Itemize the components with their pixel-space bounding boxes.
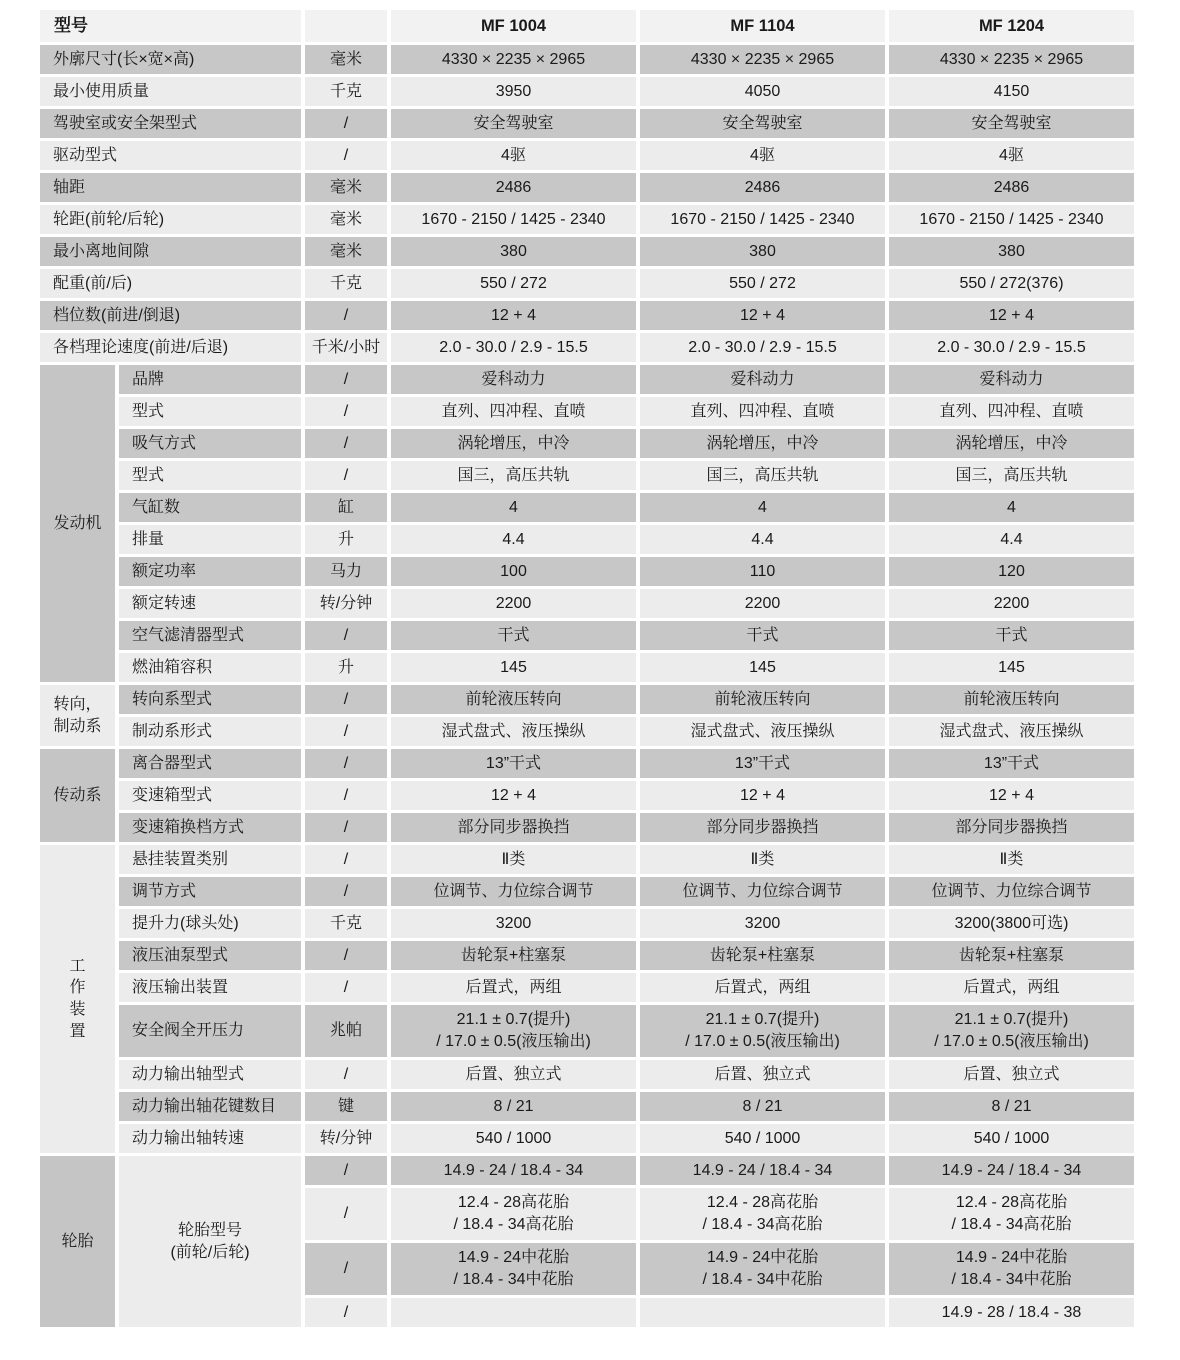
value-cell: 后置式，两组 <box>391 973 636 1002</box>
unit-cell: / <box>305 1060 387 1089</box>
spec-label-cell: 最小使用质量 <box>40 77 301 106</box>
table-row: 制动系形式/湿式盘式、液压操纵湿式盘式、液压操纵湿式盘式、液压操纵 <box>40 717 1134 746</box>
value-cell: 21.1 ± 0.7(提升) / 17.0 ± 0.5(液压输出) <box>640 1005 885 1057</box>
unit-cell: 兆帕 <box>305 1005 387 1057</box>
value-cell: 安全驾驶室 <box>640 109 885 138</box>
header-row: 型号 MF 1004 MF 1104 MF 1204 <box>40 10 1134 42</box>
value-cell: 8 / 21 <box>391 1092 636 1121</box>
value-cell: 4150 <box>889 77 1134 106</box>
value-cell: 前轮液压转向 <box>889 685 1134 714</box>
model-header-1: MF 1004 <box>391 10 636 42</box>
spec-table-body: 外廓尺寸(长×宽×高)毫米4330 × 2235 × 29654330 × 22… <box>40 45 1134 1327</box>
spec-label-cell: 额定功率 <box>119 557 301 586</box>
unit-cell: / <box>305 845 387 874</box>
value-cell: 380 <box>391 237 636 266</box>
value-cell: 4驱 <box>640 141 885 170</box>
value-cell: 2200 <box>640 589 885 618</box>
value-cell: 145 <box>640 653 885 682</box>
spec-label-cell: 各档理论速度(前进/后退) <box>40 333 301 362</box>
value-cell: 12 + 4 <box>391 301 636 330</box>
unit-cell: 毫米 <box>305 173 387 202</box>
table-row: 驱动型式/4驱4驱4驱 <box>40 141 1134 170</box>
value-cell: 2486 <box>640 173 885 202</box>
value-cell: 380 <box>640 237 885 266</box>
value-cell: 安全驾驶室 <box>889 109 1134 138</box>
value-cell: 2486 <box>889 173 1134 202</box>
unit-cell: 毫米 <box>305 237 387 266</box>
value-cell: 2200 <box>391 589 636 618</box>
value-cell: 14.9 - 24中花胎 / 18.4 - 34中花胎 <box>640 1243 885 1295</box>
value-cell: 湿式盘式、液压操纵 <box>889 717 1134 746</box>
unit-cell: / <box>305 685 387 714</box>
spec-label-cell: 动力输出轴花键数目 <box>119 1092 301 1121</box>
spec-label-cell: 排量 <box>119 525 301 554</box>
value-cell: 国三，高压共轨 <box>889 461 1134 490</box>
table-row: 变速箱型式/12 + 412 + 412 + 4 <box>40 781 1134 810</box>
value-cell: 145 <box>889 653 1134 682</box>
spec-label-cell: 轮距(前轮/后轮) <box>40 205 301 234</box>
spec-label-cell: 驱动型式 <box>40 141 301 170</box>
spec-label-cell: 外廓尺寸(长×宽×高) <box>40 45 301 74</box>
value-cell: 4330 × 2235 × 2965 <box>889 45 1134 74</box>
spec-label-cell: 变速箱换档方式 <box>119 813 301 842</box>
value-cell: 100 <box>391 557 636 586</box>
value-cell: 12.4 - 28高花胎 / 18.4 - 34高花胎 <box>391 1188 636 1240</box>
unit-cell: / <box>305 717 387 746</box>
table-row: 转向， 制动系转向系型式/前轮液压转向前轮液压转向前轮液压转向 <box>40 685 1134 714</box>
table-row: 气缸数缸444 <box>40 493 1134 522</box>
unit-cell: 升 <box>305 653 387 682</box>
value-cell: 12 + 4 <box>640 301 885 330</box>
table-row: 提升力(球头处)千克320032003200(3800可选) <box>40 909 1134 938</box>
spec-label-cell: 悬挂装置类别 <box>119 845 301 874</box>
table-row: 型式/国三，高压共轨国三，高压共轨国三，高压共轨 <box>40 461 1134 490</box>
unit-cell: 千克 <box>305 77 387 106</box>
value-cell: 直列、四冲程、直喷 <box>391 397 636 426</box>
value-cell: 4 <box>640 493 885 522</box>
unit-cell: / <box>305 301 387 330</box>
spec-label-cell: 品牌 <box>119 365 301 394</box>
unit-cell: / <box>305 397 387 426</box>
unit-cell: 升 <box>305 525 387 554</box>
group-cell: 轮胎 <box>40 1156 115 1327</box>
value-cell: 爱科动力 <box>391 365 636 394</box>
unit-cell: 转/分钟 <box>305 1124 387 1153</box>
value-cell: 110 <box>640 557 885 586</box>
value-cell: 国三，高压共轨 <box>391 461 636 490</box>
value-cell: Ⅱ类 <box>889 845 1134 874</box>
table-row: 型式/直列、四冲程、直喷直列、四冲程、直喷直列、四冲程、直喷 <box>40 397 1134 426</box>
value-cell: 位调节、力位综合调节 <box>889 877 1134 906</box>
table-row: 轮距(前轮/后轮)毫米1670 - 2150 / 1425 - 23401670… <box>40 205 1134 234</box>
table-row: 配重(前/后)千克550 / 272550 / 272550 / 272(376… <box>40 269 1134 298</box>
spec-label-cell: 轴距 <box>40 173 301 202</box>
value-cell: 1670 - 2150 / 1425 - 2340 <box>640 205 885 234</box>
value-cell: 2.0 - 30.0 / 2.9 - 15.5 <box>391 333 636 362</box>
spec-label-cell: 档位数(前进/倒退) <box>40 301 301 330</box>
value-cell: 干式 <box>640 621 885 650</box>
value-cell: 3200 <box>640 909 885 938</box>
value-cell: 位调节、力位综合调节 <box>391 877 636 906</box>
value-cell: 4 <box>889 493 1134 522</box>
spec-label-cell: 转向系型式 <box>119 685 301 714</box>
table-row: 液压输出装置/后置式，两组后置式，两组后置式，两组 <box>40 973 1134 1002</box>
value-cell: 4.4 <box>889 525 1134 554</box>
unit-cell: 毫米 <box>305 45 387 74</box>
table-row: 变速箱换档方式/部分同步器换挡部分同步器换挡部分同步器换挡 <box>40 813 1134 842</box>
table-row: 动力输出轴花键数目键8 / 218 / 218 / 21 <box>40 1092 1134 1121</box>
value-cell: 4.4 <box>391 525 636 554</box>
spec-label-cell: 气缸数 <box>119 493 301 522</box>
model-column-header: 型号 <box>40 10 301 42</box>
value-cell: 湿式盘式、液压操纵 <box>640 717 885 746</box>
value-cell: 部分同步器换挡 <box>889 813 1134 842</box>
spec-label-cell: 型式 <box>119 461 301 490</box>
value-cell: 干式 <box>391 621 636 650</box>
table-row: 轮胎轮胎型号 (前轮/后轮)/14.9 - 24 / 18.4 - 3414.9… <box>40 1156 1134 1185</box>
unit-cell: / <box>305 813 387 842</box>
value-cell: 550 / 272 <box>391 269 636 298</box>
spec-label-cell: 离合器型式 <box>119 749 301 778</box>
value-cell: 4 <box>391 493 636 522</box>
value-cell: 2.0 - 30.0 / 2.9 - 15.5 <box>640 333 885 362</box>
table-row: 动力输出轴转速转/分钟540 / 1000540 / 1000540 / 100… <box>40 1124 1134 1153</box>
value-cell <box>640 1298 885 1327</box>
value-cell: 2200 <box>889 589 1134 618</box>
value-cell: 后置、独立式 <box>391 1060 636 1089</box>
value-cell: 8 / 21 <box>640 1092 885 1121</box>
value-cell: 1670 - 2150 / 1425 - 2340 <box>391 205 636 234</box>
unit-cell: 转/分钟 <box>305 589 387 618</box>
table-row: 轴距毫米248624862486 <box>40 173 1134 202</box>
value-cell: 4.4 <box>640 525 885 554</box>
value-cell: 12 + 4 <box>889 781 1134 810</box>
value-cell: 直列、四冲程、直喷 <box>889 397 1134 426</box>
table-row: 空气滤清器型式/干式干式干式 <box>40 621 1134 650</box>
spec-label-cell: 型式 <box>119 397 301 426</box>
spec-sublabel-cell: 轮胎型号 (前轮/后轮) <box>119 1156 301 1327</box>
unit-cell: 千克 <box>305 909 387 938</box>
spec-label-cell: 液压油泵型式 <box>119 941 301 970</box>
value-cell: 3950 <box>391 77 636 106</box>
spec-label-cell: 配重(前/后) <box>40 269 301 298</box>
value-cell: 涡轮增压，中冷 <box>391 429 636 458</box>
spec-label-cell: 动力输出轴型式 <box>119 1060 301 1089</box>
group-cell: 传动系 <box>40 749 115 842</box>
value-cell: 后置、独立式 <box>640 1060 885 1089</box>
spec-label-cell: 动力输出轴转速 <box>119 1124 301 1153</box>
value-cell: 12 + 4 <box>889 301 1134 330</box>
spec-label-cell: 制动系形式 <box>119 717 301 746</box>
unit-cell: 毫米 <box>305 205 387 234</box>
value-cell: 12 + 4 <box>640 781 885 810</box>
value-cell: 4驱 <box>391 141 636 170</box>
value-cell: 后置式，两组 <box>640 973 885 1002</box>
unit-cell: / <box>305 429 387 458</box>
value-cell: 14.9 - 24中花胎 / 18.4 - 34中花胎 <box>889 1243 1134 1295</box>
spec-label-cell: 提升力(球头处) <box>119 909 301 938</box>
table-row: 吸气方式/涡轮增压，中冷涡轮增压，中冷涡轮增压，中冷 <box>40 429 1134 458</box>
table-row: 液压油泵型式/齿轮泵+柱塞泵齿轮泵+柱塞泵齿轮泵+柱塞泵 <box>40 941 1134 970</box>
unit-cell: 千米/小时 <box>305 333 387 362</box>
spec-label-cell: 液压输出装置 <box>119 973 301 1002</box>
unit-cell: / <box>305 461 387 490</box>
unit-cell: / <box>305 941 387 970</box>
value-cell: 14.9 - 24 / 18.4 - 34 <box>640 1156 885 1185</box>
value-cell: 部分同步器换挡 <box>640 813 885 842</box>
value-cell: 145 <box>391 653 636 682</box>
unit-column-header <box>305 10 387 42</box>
value-cell: 爱科动力 <box>889 365 1134 394</box>
spec-label-cell: 空气滤清器型式 <box>119 621 301 650</box>
value-cell: 550 / 272 <box>640 269 885 298</box>
value-cell: 湿式盘式、液压操纵 <box>391 717 636 746</box>
unit-cell: 缸 <box>305 493 387 522</box>
value-cell: 4330 × 2235 × 2965 <box>391 45 636 74</box>
value-cell: Ⅱ类 <box>391 845 636 874</box>
value-cell: Ⅱ类 <box>640 845 885 874</box>
value-cell: 14.9 - 24 / 18.4 - 34 <box>391 1156 636 1185</box>
value-cell: 540 / 1000 <box>889 1124 1134 1153</box>
value-cell: 13”干式 <box>640 749 885 778</box>
value-cell: 部分同步器换挡 <box>391 813 636 842</box>
spec-label-cell: 最小离地间隙 <box>40 237 301 266</box>
spec-sheet: 型号 MF 1004 MF 1104 MF 1204 外廓尺寸(长×宽×高)毫米… <box>0 0 1180 1360</box>
table-row: 传动系离合器型式/13”干式13”干式13”干式 <box>40 749 1134 778</box>
table-row: 燃油箱容积升145145145 <box>40 653 1134 682</box>
value-cell: 齿轮泵+柱塞泵 <box>640 941 885 970</box>
spec-label-cell: 变速箱型式 <box>119 781 301 810</box>
spec-label-cell: 燃油箱容积 <box>119 653 301 682</box>
group-cell: 发动机 <box>40 365 115 682</box>
unit-cell: / <box>305 1298 387 1327</box>
unit-cell: 键 <box>305 1092 387 1121</box>
unit-cell: / <box>305 365 387 394</box>
value-cell: 前轮液压转向 <box>391 685 636 714</box>
value-cell: 齿轮泵+柱塞泵 <box>889 941 1134 970</box>
table-row: 安全阀全开压力兆帕21.1 ± 0.7(提升) / 17.0 ± 0.5(液压输… <box>40 1005 1134 1057</box>
value-cell: 550 / 272(376) <box>889 269 1134 298</box>
spec-label-cell: 安全阀全开压力 <box>119 1005 301 1057</box>
value-cell: 380 <box>889 237 1134 266</box>
value-cell: 12 + 4 <box>391 781 636 810</box>
table-row: 发动机品牌/爱科动力爱科动力爱科动力 <box>40 365 1134 394</box>
model-header-3: MF 1204 <box>889 10 1134 42</box>
group-cell: 工 作 装 置 <box>40 845 115 1153</box>
table-row: 工 作 装 置悬挂装置类别/Ⅱ类Ⅱ类Ⅱ类 <box>40 845 1134 874</box>
value-cell: 3200 <box>391 909 636 938</box>
group-cell: 转向， 制动系 <box>40 685 115 746</box>
value-cell <box>391 1298 636 1327</box>
value-cell: 13”干式 <box>889 749 1134 778</box>
value-cell: 前轮液压转向 <box>640 685 885 714</box>
table-row: 额定转速转/分钟220022002200 <box>40 589 1134 618</box>
table-row: 最小使用质量千克395040504150 <box>40 77 1134 106</box>
spec-label-cell: 吸气方式 <box>119 429 301 458</box>
value-cell: 21.1 ± 0.7(提升) / 17.0 ± 0.5(液压输出) <box>889 1005 1134 1057</box>
table-row: 排量升4.44.44.4 <box>40 525 1134 554</box>
value-cell: 后置式，两组 <box>889 973 1134 1002</box>
unit-cell: / <box>305 109 387 138</box>
spec-label-cell: 驾驶室或安全架型式 <box>40 109 301 138</box>
table-row: 外廓尺寸(长×宽×高)毫米4330 × 2235 × 29654330 × 22… <box>40 45 1134 74</box>
unit-cell: / <box>305 973 387 1002</box>
table-row: 额定功率马力100110120 <box>40 557 1134 586</box>
unit-cell: 马力 <box>305 557 387 586</box>
value-cell: 干式 <box>889 621 1134 650</box>
table-row: 调节方式/位调节、力位综合调节位调节、力位综合调节位调节、力位综合调节 <box>40 877 1134 906</box>
unit-cell: 千克 <box>305 269 387 298</box>
unit-cell: / <box>305 621 387 650</box>
value-cell: 位调节、力位综合调节 <box>640 877 885 906</box>
value-cell: 4驱 <box>889 141 1134 170</box>
value-cell: 8 / 21 <box>889 1092 1134 1121</box>
table-row: 各档理论速度(前进/后退)千米/小时2.0 - 30.0 / 2.9 - 15.… <box>40 333 1134 362</box>
value-cell: 国三，高压共轨 <box>640 461 885 490</box>
unit-cell: / <box>305 749 387 778</box>
value-cell: 14.9 - 24中花胎 / 18.4 - 34中花胎 <box>391 1243 636 1295</box>
model-header-2: MF 1104 <box>640 10 885 42</box>
value-cell: 齿轮泵+柱塞泵 <box>391 941 636 970</box>
value-cell: 安全驾驶室 <box>391 109 636 138</box>
value-cell: 14.9 - 24 / 18.4 - 34 <box>889 1156 1134 1185</box>
value-cell: 涡轮增压，中冷 <box>889 429 1134 458</box>
value-cell: 2.0 - 30.0 / 2.9 - 15.5 <box>889 333 1134 362</box>
value-cell: 4050 <box>640 77 885 106</box>
unit-cell: / <box>305 1243 387 1295</box>
value-cell: 直列、四冲程、直喷 <box>640 397 885 426</box>
value-cell: 爱科动力 <box>640 365 885 394</box>
value-cell: 3200(3800可选) <box>889 909 1134 938</box>
unit-cell: / <box>305 141 387 170</box>
table-row: 驾驶室或安全架型式/安全驾驶室安全驾驶室安全驾驶室 <box>40 109 1134 138</box>
value-cell: 后置、独立式 <box>889 1060 1134 1089</box>
spec-label-cell: 调节方式 <box>119 877 301 906</box>
value-cell: 4330 × 2235 × 2965 <box>640 45 885 74</box>
value-cell: 2486 <box>391 173 636 202</box>
table-row: 动力输出轴型式/后置、独立式后置、独立式后置、独立式 <box>40 1060 1134 1089</box>
table-row: 最小离地间隙毫米380380380 <box>40 237 1134 266</box>
value-cell: 涡轮增压，中冷 <box>640 429 885 458</box>
value-cell: 540 / 1000 <box>640 1124 885 1153</box>
value-cell: 12.4 - 28高花胎 / 18.4 - 34高花胎 <box>640 1188 885 1240</box>
value-cell: 13”干式 <box>391 749 636 778</box>
unit-cell: / <box>305 1188 387 1240</box>
value-cell: 120 <box>889 557 1134 586</box>
value-cell: 14.9 - 28 / 18.4 - 38 <box>889 1298 1134 1327</box>
value-cell: 1670 - 2150 / 1425 - 2340 <box>889 205 1134 234</box>
value-cell: 21.1 ± 0.7(提升) / 17.0 ± 0.5(液压输出) <box>391 1005 636 1057</box>
value-cell: 540 / 1000 <box>391 1124 636 1153</box>
table-row: 档位数(前进/倒退)/12 + 412 + 412 + 4 <box>40 301 1134 330</box>
spec-label-cell: 额定转速 <box>119 589 301 618</box>
value-cell: 12.4 - 28高花胎 / 18.4 - 34高花胎 <box>889 1188 1134 1240</box>
unit-cell: / <box>305 1156 387 1185</box>
tractor-spec-table: 型号 MF 1004 MF 1104 MF 1204 外廓尺寸(长×宽×高)毫米… <box>36 7 1138 1330</box>
unit-cell: / <box>305 877 387 906</box>
unit-cell: / <box>305 781 387 810</box>
